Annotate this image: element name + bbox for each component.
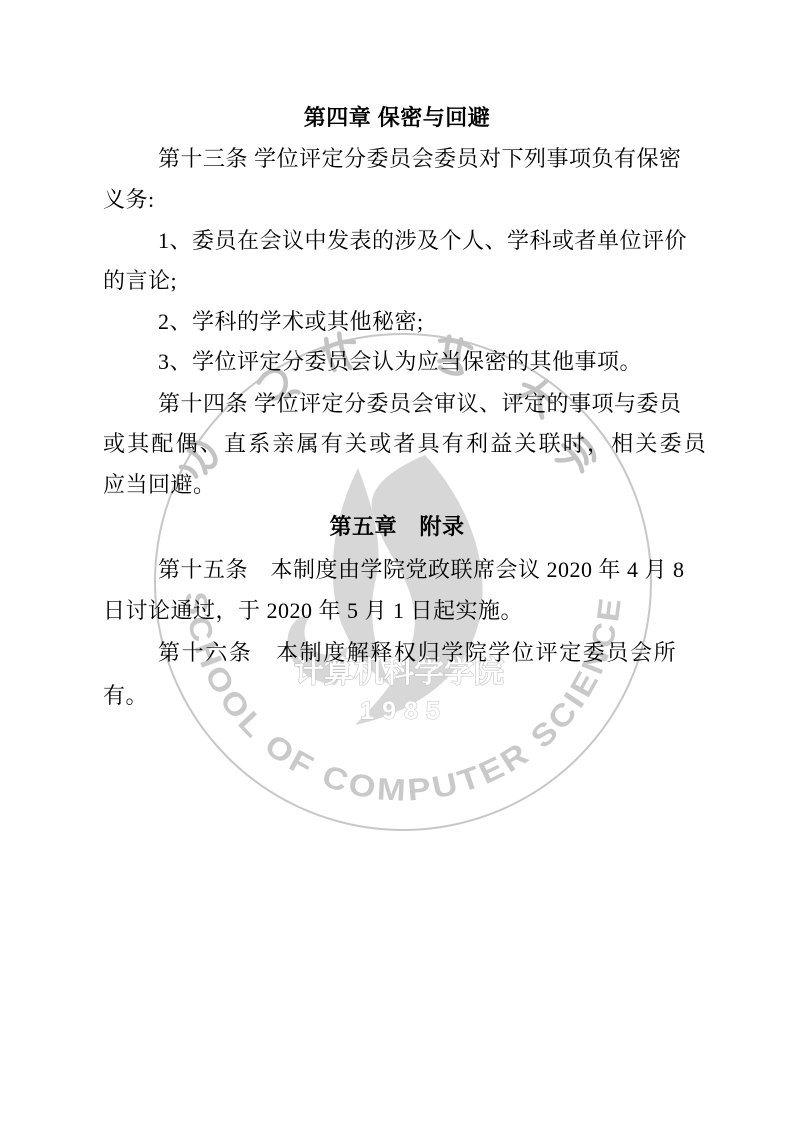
chapter-heading-4: 第四章 保密与回避 xyxy=(0,105,794,131)
paragraph-line: 日讨论通过，于 2020 年 5 月 1 日起实施。 xyxy=(103,598,523,624)
paragraph-line: 第十三条 学位评定分委员会委员对下列事项负有保密 xyxy=(158,146,682,172)
paragraph-line: 的言论; xyxy=(103,268,177,294)
document-page: 计算机科学学院 1985 SCHOOL OF COMPUTER SCIENCE xyxy=(0,0,794,1123)
document-text-layer: 第四章 保密与回避 第十三条 学位评定分委员会委员对下列事项负有保密 义务: 1… xyxy=(0,0,794,1123)
paragraph-line: 有。 xyxy=(103,683,148,709)
paragraph-line: 3、学位评定分委员会认为应当保密的其他事项。 xyxy=(158,349,642,375)
paragraph-line: 应当回避。 xyxy=(103,472,216,498)
paragraph-line: 第十五条 本制度由学院党政联席会议 2020 年 4 月 8 xyxy=(158,557,685,583)
paragraph-line: 1、委员在会议中发表的涉及个人、学科或者单位评价 xyxy=(158,228,687,254)
paragraph-line: 或其配偶、直系亲属有关或者具有利益关联时，相关委员 xyxy=(103,431,708,457)
paragraph-line: 第十六条 本制度解释权归学院学位评定委员会所 xyxy=(158,640,677,666)
chapter-heading-5: 第五章 附录 xyxy=(0,514,794,540)
paragraph-line: 义务: xyxy=(103,187,155,213)
paragraph-line: 2、学科的学术或其他秘密; xyxy=(158,309,424,335)
paragraph-line: 第十四条 学位评定分委员会审议、评定的事项与委员 xyxy=(158,391,682,417)
